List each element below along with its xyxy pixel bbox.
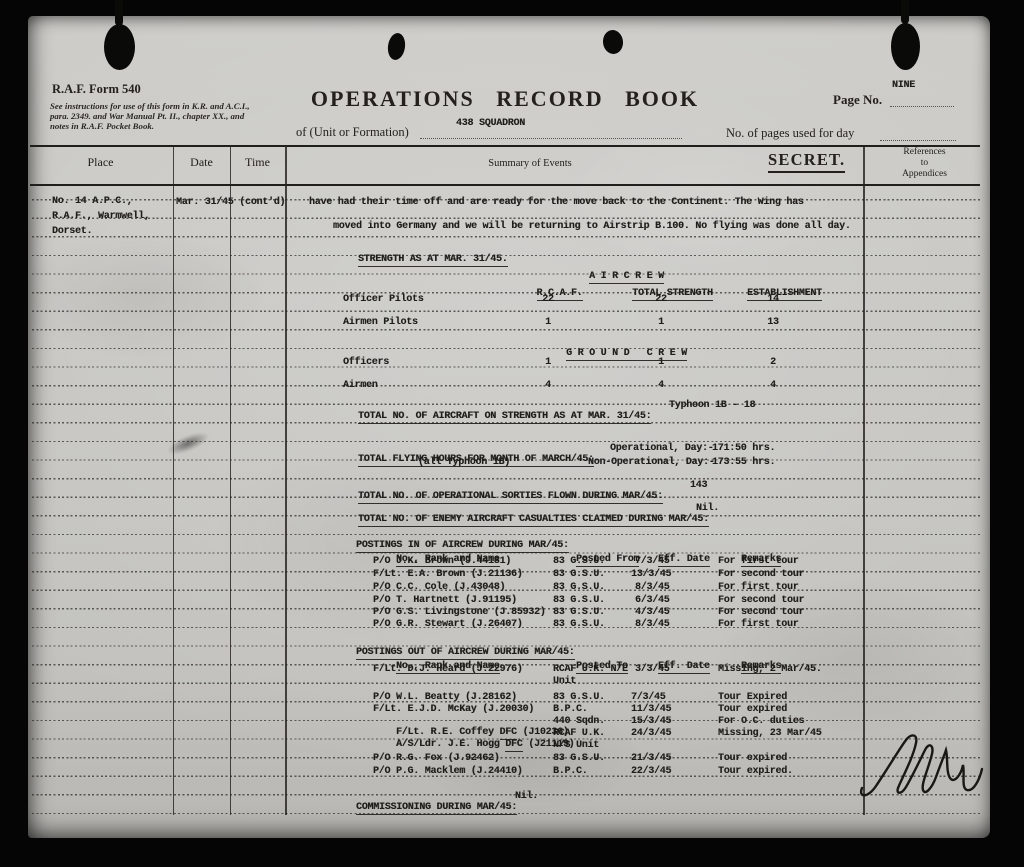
column-header-references-line3: Appendices	[866, 169, 983, 179]
total-aircraft-label: TOTAL NO. OF AIRCRAFT ON STRENGTH AS AT …	[358, 411, 651, 424]
page-no-fill-line	[890, 92, 954, 107]
postings-in-row-date: 8/3/45	[635, 582, 670, 593]
entry-place-line2: R.A.F., Warmwell,	[52, 211, 150, 222]
postings-out-row-to: 83 G.S.U.	[553, 753, 605, 764]
postings-out-row-to: B.P.C.	[553, 766, 588, 777]
column-divider-date-time	[230, 145, 231, 815]
postings-in-row-from: 83 G.S.U.	[553, 595, 605, 606]
strength-row-value: 1	[498, 357, 598, 368]
form-instructions-line2: para. 2349. and War Manual Pt. II., chap…	[50, 111, 244, 122]
entry-place-line3: Dorset.	[52, 226, 92, 237]
narrative-line1: have had their time off and are ready fo…	[309, 197, 804, 208]
postings-out-row-remarks: For O.C. duties	[718, 716, 804, 727]
flying-hours-op-label: Operational, Day:-	[610, 443, 714, 454]
strength-row-value: 1	[606, 357, 716, 368]
postings-in-row-from: 83 G.S.U.	[553, 607, 605, 618]
strength-row-label: Airmen	[343, 380, 378, 391]
record-book-page: R.A.F. Form 540 See instructions for use…	[28, 16, 990, 838]
postings-in-row-name: P/O C.C. Cole (J.43048)	[373, 582, 505, 593]
strength-row-value: 1	[498, 317, 598, 328]
postings-out-row-name: F/Lt. E.J.D. McKay (J.20030)	[373, 704, 534, 715]
sorties-value: 143	[690, 480, 707, 491]
form-instructions-line1: See instructions for use of this form in…	[50, 101, 250, 112]
strength-row-label: Officers	[343, 357, 389, 368]
strength-heading: STRENGTH AS AT MAR. 31/45.	[335, 243, 508, 276]
postings-in-row-date: 4/3/45	[635, 607, 670, 618]
postings-in-row-remarks: For second tour	[718, 595, 804, 606]
flying-hours-op-value: 171:50 hrs.	[712, 443, 775, 454]
postings-out-name-pre: A/S/Ldr. J.E. Hogg	[396, 739, 505, 750]
postings-in-row-remarks: For second tour	[718, 607, 804, 618]
postings-out-row-remarks: Tour expired.	[718, 766, 793, 777]
postings-in-row-remarks: For second tour	[718, 569, 804, 580]
column-header-references-line1: References	[866, 147, 983, 157]
form-instructions-line3: notes in R.A.F. Pocket Book.	[50, 121, 154, 132]
commissioning-line: COMMISSIONING DURING MAR/45:	[333, 791, 517, 824]
postings-in-row-remarks: For first tour	[718, 582, 799, 593]
sorties-label: TOTAL NO. OF OPERATIONAL SORTIES FLOWN D…	[358, 491, 663, 504]
entry-place-line1: No. 14 A.P.C.,	[52, 196, 133, 207]
page-no-label: Page No.	[833, 92, 882, 108]
postings-out-row-remarks: Tour expired	[718, 753, 787, 764]
total-aircraft-line: TOTAL NO. OF AIRCRAFT ON STRENGTH AS AT …	[335, 400, 651, 433]
postings-in-row-name: P/O G.R. Stewart (J.26407)	[373, 619, 523, 630]
postings-out-row-date: 22/3/45	[631, 766, 671, 777]
scanned-document-page: { "header": { "form_ref": "R.A.F. Form 5…	[0, 0, 1024, 867]
strength-row-value: 2	[718, 357, 828, 368]
postings-in-row-name: P/O J.K. Brown (J.44181)	[373, 556, 511, 567]
column-header-summary: Summary of Events	[285, 158, 775, 169]
postings-out-row-name: P/O W.L. Beatty (J.28162)	[373, 692, 517, 703]
postings-out-row-remarks: Missing, 23 Mar/45	[718, 728, 822, 739]
postings-in-row-date: 7/3/45	[635, 556, 670, 567]
postings-in-row-remarks: For first tour	[718, 619, 799, 630]
postings-out-row-date: 3/3/45	[635, 664, 670, 675]
flying-hours-sub: (all Typhoon 1B)	[418, 457, 510, 468]
strength-row-value: 4	[718, 380, 828, 391]
postings-in-row-from: 83 G.S.U.	[553, 582, 605, 593]
binder-hole	[891, 23, 920, 70]
strength-row-value: 1	[606, 317, 716, 328]
postings-out-row-remarks: Tour Expired	[718, 692, 787, 703]
flying-hours-nonop-label: Non-Operational, Day:-	[588, 457, 715, 468]
postings-in-row-name: P/O T. Hartnett (J.91195)	[373, 595, 517, 606]
unit-fill-line	[420, 122, 682, 139]
postings-in-row-date: 6/3/45	[635, 595, 670, 606]
postings-out-row-to-cont: Unit	[553, 676, 576, 687]
strength-row-value: 22	[606, 294, 716, 305]
postings-out-name-dfc: DFC	[505, 739, 522, 752]
strength-row-label: Airmen Pilots	[343, 317, 418, 328]
strength-heading-text: STRENGTH AS AT MAR. 31/45.	[358, 254, 508, 267]
unit-label: of (Unit or Formation)	[296, 125, 409, 140]
strength-row-label: Officer Pilots	[343, 294, 424, 305]
postings-out-row-date: 15/3/45	[631, 716, 671, 727]
postings-in-row-from: 83 G.S.U.	[553, 619, 605, 630]
column-header-references-line2: to	[866, 158, 983, 168]
casualties-value: Nil.	[696, 503, 719, 514]
postings-in-row-remarks: For first tour	[718, 556, 799, 567]
binder-hole	[104, 24, 135, 70]
binder-hole-stem	[901, 0, 909, 24]
strength-row-value: 14	[718, 294, 828, 305]
postings-out-row-date: 21/3/45	[631, 753, 671, 764]
postings-out-row-to: 83 G.S.U.	[553, 692, 605, 703]
column-divider-time-summary	[285, 145, 287, 815]
column-divider-place-date	[173, 145, 174, 815]
strength-row-value: 13	[718, 317, 828, 328]
ink-smudge	[165, 428, 211, 458]
column-header-place: Place	[28, 155, 173, 170]
postings-out-row-remarks: Tour expired	[718, 704, 787, 715]
postings-in-row-name: F/Lt. E.A. Brown (J.21136)	[373, 569, 523, 580]
postings-out-row-remarks: Missing, 2 Mar/45.	[718, 664, 822, 675]
postings-out-row-to: RCAF U.K.	[553, 728, 605, 739]
strength-row-value: 22	[498, 294, 598, 305]
postings-in-row-date: 8/3/45	[635, 619, 670, 630]
postings-out-row-to: B.P.C.	[553, 704, 588, 715]
pages-used-label: No. of pages used for day	[726, 126, 854, 141]
casualties-label: TOTAL NO. OF ENEMY AIRCRAFT CASUALTIES C…	[358, 514, 709, 527]
pages-used-fill-line	[880, 126, 956, 141]
column-header-time: Time	[230, 155, 285, 170]
column-header-date: Date	[173, 155, 230, 170]
form-reference: R.A.F. Form 540	[52, 82, 141, 97]
postings-out-row-name: F/Lt. D.J. Heard (J.22976)	[373, 664, 523, 675]
postings-out-row-to-cont: N/S Unit	[553, 740, 599, 751]
postings-out-row-to: RCAF U.K. N/E	[553, 664, 628, 675]
signature-mark	[858, 728, 1003, 810]
commissioning-label: COMMISSIONING DURING MAR/45:	[356, 802, 517, 815]
strength-row-value: 4	[498, 380, 598, 391]
commissioning-value: Nil.	[515, 791, 538, 802]
classification-stamp: SECRET.	[768, 150, 845, 173]
postings-in-row-date: 13/3/45	[631, 569, 671, 580]
page-no-value: NINE	[892, 80, 915, 91]
postings-out-row-date: 7/3/45	[631, 692, 666, 703]
postings-in-row-from: 83 G.S.U.	[553, 569, 605, 580]
strength-row-value: 4	[606, 380, 716, 391]
narrative-line2: moved into Germany and we will be return…	[333, 221, 851, 232]
total-aircraft-value: Typhoon 1B - 18	[669, 400, 755, 411]
column-divider-summary-references	[863, 145, 865, 815]
postings-out-row-date: 11/3/45	[631, 704, 671, 715]
postings-out-row-date: 24/3/45	[631, 728, 671, 739]
postings-out-row-to: 440 Sqdn.	[553, 716, 605, 727]
postings-in-row-from: 83 G.S.U.	[553, 556, 605, 567]
postings-out-row-name: P/O P.G. Macklem (J.24410)	[373, 766, 523, 777]
postings-out-row-name: P/O R.G. Fox (J.92462)	[373, 753, 500, 764]
flying-hours-nonop-value: 173:55 hrs.	[712, 457, 775, 468]
page-title: OPERATIONS RECORD BOOK	[285, 86, 725, 112]
postings-in-row-name: P/O G.S. Livingstone (J.85932)	[373, 607, 546, 618]
binder-hole-stem	[115, 0, 123, 26]
